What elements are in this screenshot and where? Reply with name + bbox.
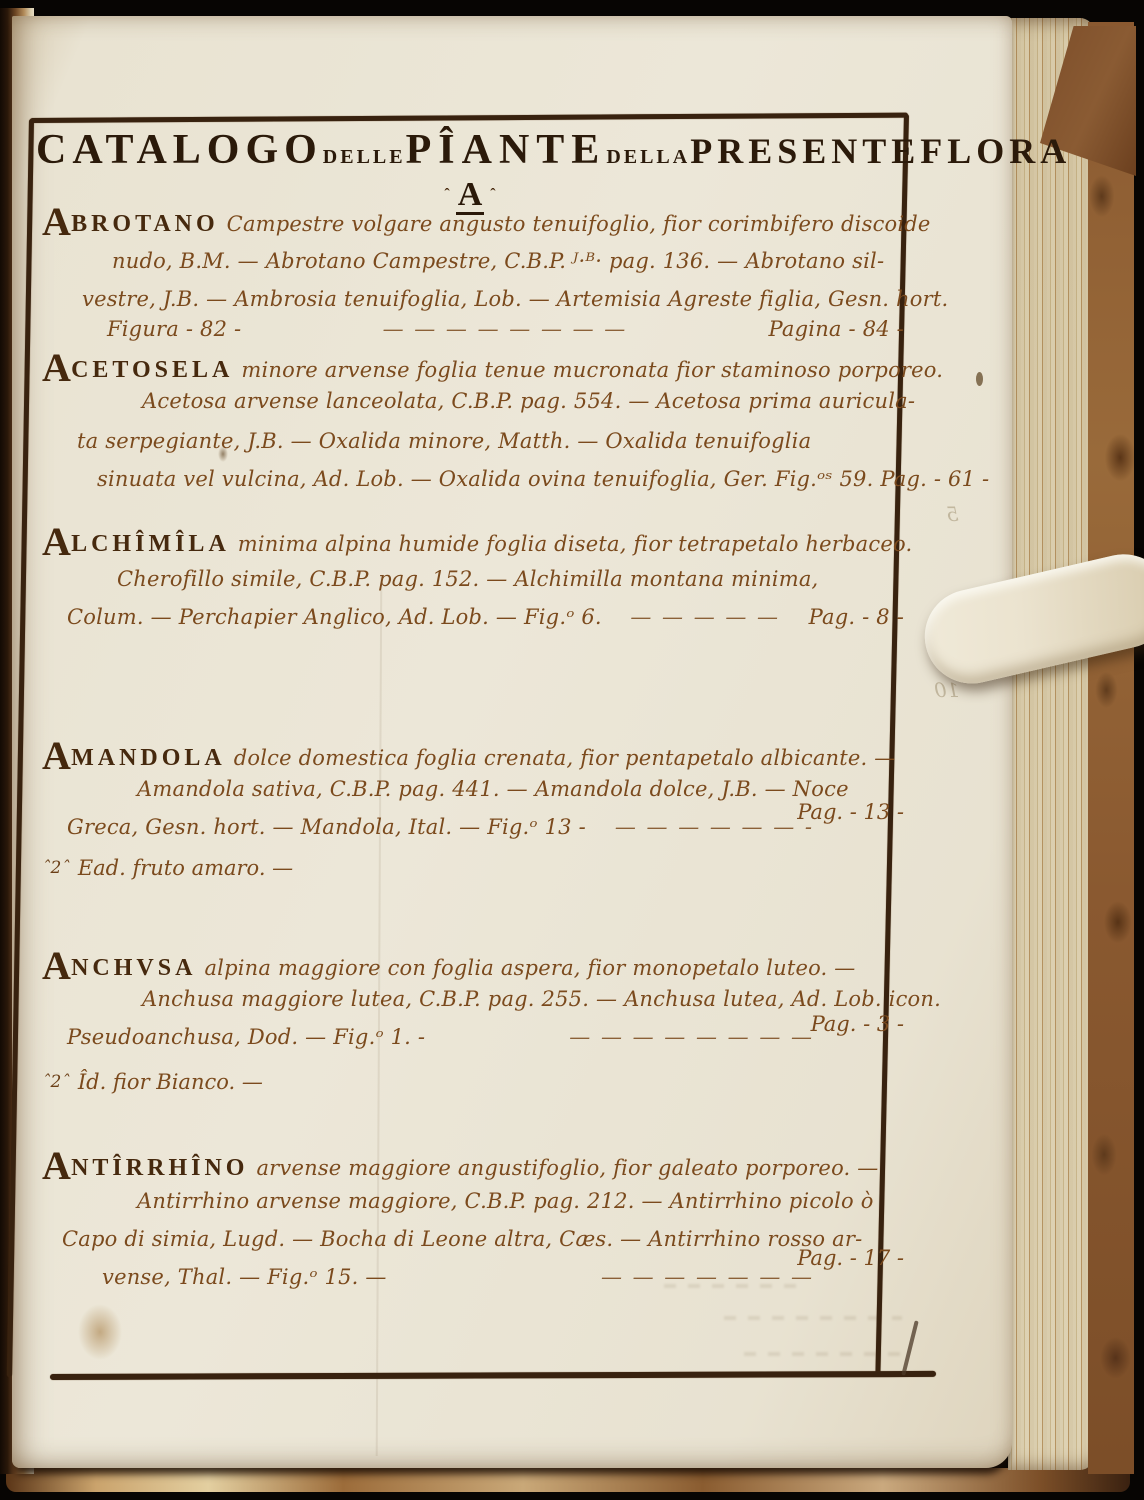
catalog-title: CATALOGO delle PÎANTE della PRESENTE FLO… bbox=[36, 126, 904, 174]
entry-line: Anchusa maggiore lutea, C.B.P. pag. 255.… bbox=[142, 988, 941, 1011]
bleedthrough-number: 10 bbox=[934, 678, 959, 702]
title-segment: delle bbox=[323, 146, 406, 169]
entry-headword: Antîrrhîno bbox=[42, 1156, 248, 1180]
page-reference: Pag. - 3 - bbox=[811, 1012, 904, 1036]
entry-headword: Alchîmîla bbox=[42, 532, 230, 556]
title-segment: CATALOGO bbox=[36, 126, 323, 174]
leather-cover-edge bbox=[1088, 22, 1134, 1474]
entry-line: Colum. — Perchapier Anglico, Ad. Lob. — … bbox=[67, 606, 904, 629]
entry-line: AbrotanoCampestre volgare angusto tenuif… bbox=[42, 206, 931, 238]
entry-figure-line: Figura - 82 - — — — — — — — — Pagina - 8… bbox=[107, 318, 904, 341]
entry-line: vestre, J.B. — Ambrosia tenuifoglia, Lob… bbox=[82, 288, 948, 311]
entry-line: sinuata vel vulcina, Ad. Lob. — Oxalida … bbox=[97, 468, 989, 491]
dash-run: — — — — — bbox=[620, 606, 790, 629]
entry-headword: Acetosela bbox=[42, 358, 233, 382]
catalog-entry-anchvsa: Anchvsaalpina maggiore con foglia aspera… bbox=[42, 950, 904, 1110]
variant-marker: ˆ2ˆ bbox=[42, 858, 78, 878]
catalog-entry-acetosela: Acetoselaminore arvense foglia tenue muc… bbox=[42, 352, 904, 502]
entry-headword: Anchvsa bbox=[42, 956, 196, 980]
entry-line: Cherofillo simile, C.B.P. pag. 152. — Al… bbox=[117, 568, 818, 591]
dash-run: — — — — — — — bbox=[591, 1266, 824, 1289]
page-reference: Pagina - 84 - bbox=[769, 318, 904, 341]
dash-run: — — — — — — — — bbox=[373, 318, 638, 341]
figure-reference: Figura - 82 - bbox=[107, 318, 241, 341]
catalog-entry-alchimila: Alchîmîlaminima alpina humide foglia dis… bbox=[42, 526, 904, 646]
entry-headword: Abrotano bbox=[42, 212, 219, 236]
entry-line: Anchvsaalpina maggiore con foglia aspera… bbox=[42, 950, 856, 982]
section-mark: ˆ bbox=[438, 186, 455, 203]
title-segment: della bbox=[606, 146, 690, 169]
entry-line: Alchîmîlaminima alpina humide foglia dis… bbox=[42, 526, 912, 558]
entry-line: Amandola sativa, C.B.P. pag. 441. — Aman… bbox=[137, 778, 849, 801]
title-segment: PÎANTE bbox=[406, 126, 607, 174]
entry-line: Antirrhino arvense maggiore, C.B.P. pag.… bbox=[137, 1190, 874, 1213]
catalog-entry-amandola: Amandoladolce domestica foglia crenata, … bbox=[42, 740, 904, 900]
catalog-entry-abrotano: AbrotanoCampestre volgare angusto tenuif… bbox=[42, 206, 904, 356]
entry-line: Pseudoanchusa, Dod. — Fig.ᵒ 1. - — — — —… bbox=[67, 1026, 824, 1049]
entry-line: Antîrrhînoarvense maggiore angustifoglio… bbox=[42, 1150, 879, 1182]
variant-marker: ˆ2ˆ bbox=[42, 1072, 78, 1092]
entry-line: ta serpegiante, J.B. — Oxalida minore, M… bbox=[77, 430, 811, 453]
section-mark: ˆ bbox=[484, 186, 501, 203]
entry-line: Acetosa arvense lanceolata, C.B.P. pag. … bbox=[142, 390, 915, 413]
dash-run: — — — — — — - bbox=[605, 816, 824, 839]
ink-fleck bbox=[976, 372, 983, 386]
entry-line: nudo, B.M. — Abrotano Campestre, C.B.P. … bbox=[112, 250, 884, 273]
entry-line: Capo di simia, Lugd. — Bocha di Leone al… bbox=[62, 1228, 862, 1251]
bleedthrough-number: 5 bbox=[946, 502, 959, 526]
variant-line: ˆ2ˆÎd. fior Bianco. — bbox=[42, 1070, 263, 1094]
bleedthrough-script bbox=[712, 1316, 902, 1320]
title-segment: FLORA bbox=[920, 130, 1071, 172]
book-bottom-edge bbox=[6, 1468, 1130, 1492]
entry-line: Amandoladolce domestica foglia crenata, … bbox=[42, 740, 895, 772]
entry-headword: Amandola bbox=[42, 746, 226, 770]
catalog-entry-antirrhino: Antîrrhînoarvense maggiore angustifoglio… bbox=[42, 1150, 904, 1300]
paper-stain bbox=[78, 1304, 122, 1360]
title-segment: PRESENTE bbox=[690, 130, 920, 172]
variant-line: ˆ2ˆEad. fruto amaro. — bbox=[42, 856, 293, 880]
page-reference: Pag. - 8 - bbox=[809, 606, 904, 629]
entry-line: vense, Thal. — Fig.ᵒ 15. — — — — — — — — bbox=[102, 1266, 824, 1289]
entry-line: Greca, Gesn. hort. — Mandola, Ital. — Fi… bbox=[67, 816, 824, 839]
entry-line: Acetoselaminore arvense foglia tenue muc… bbox=[42, 352, 943, 384]
page-edges-stack bbox=[1008, 18, 1094, 1470]
book-photo: CATALOGO delle PÎANTE della PRESENTE FLO… bbox=[0, 0, 1144, 1500]
dash-run: — — — — — — — — bbox=[559, 1026, 824, 1049]
